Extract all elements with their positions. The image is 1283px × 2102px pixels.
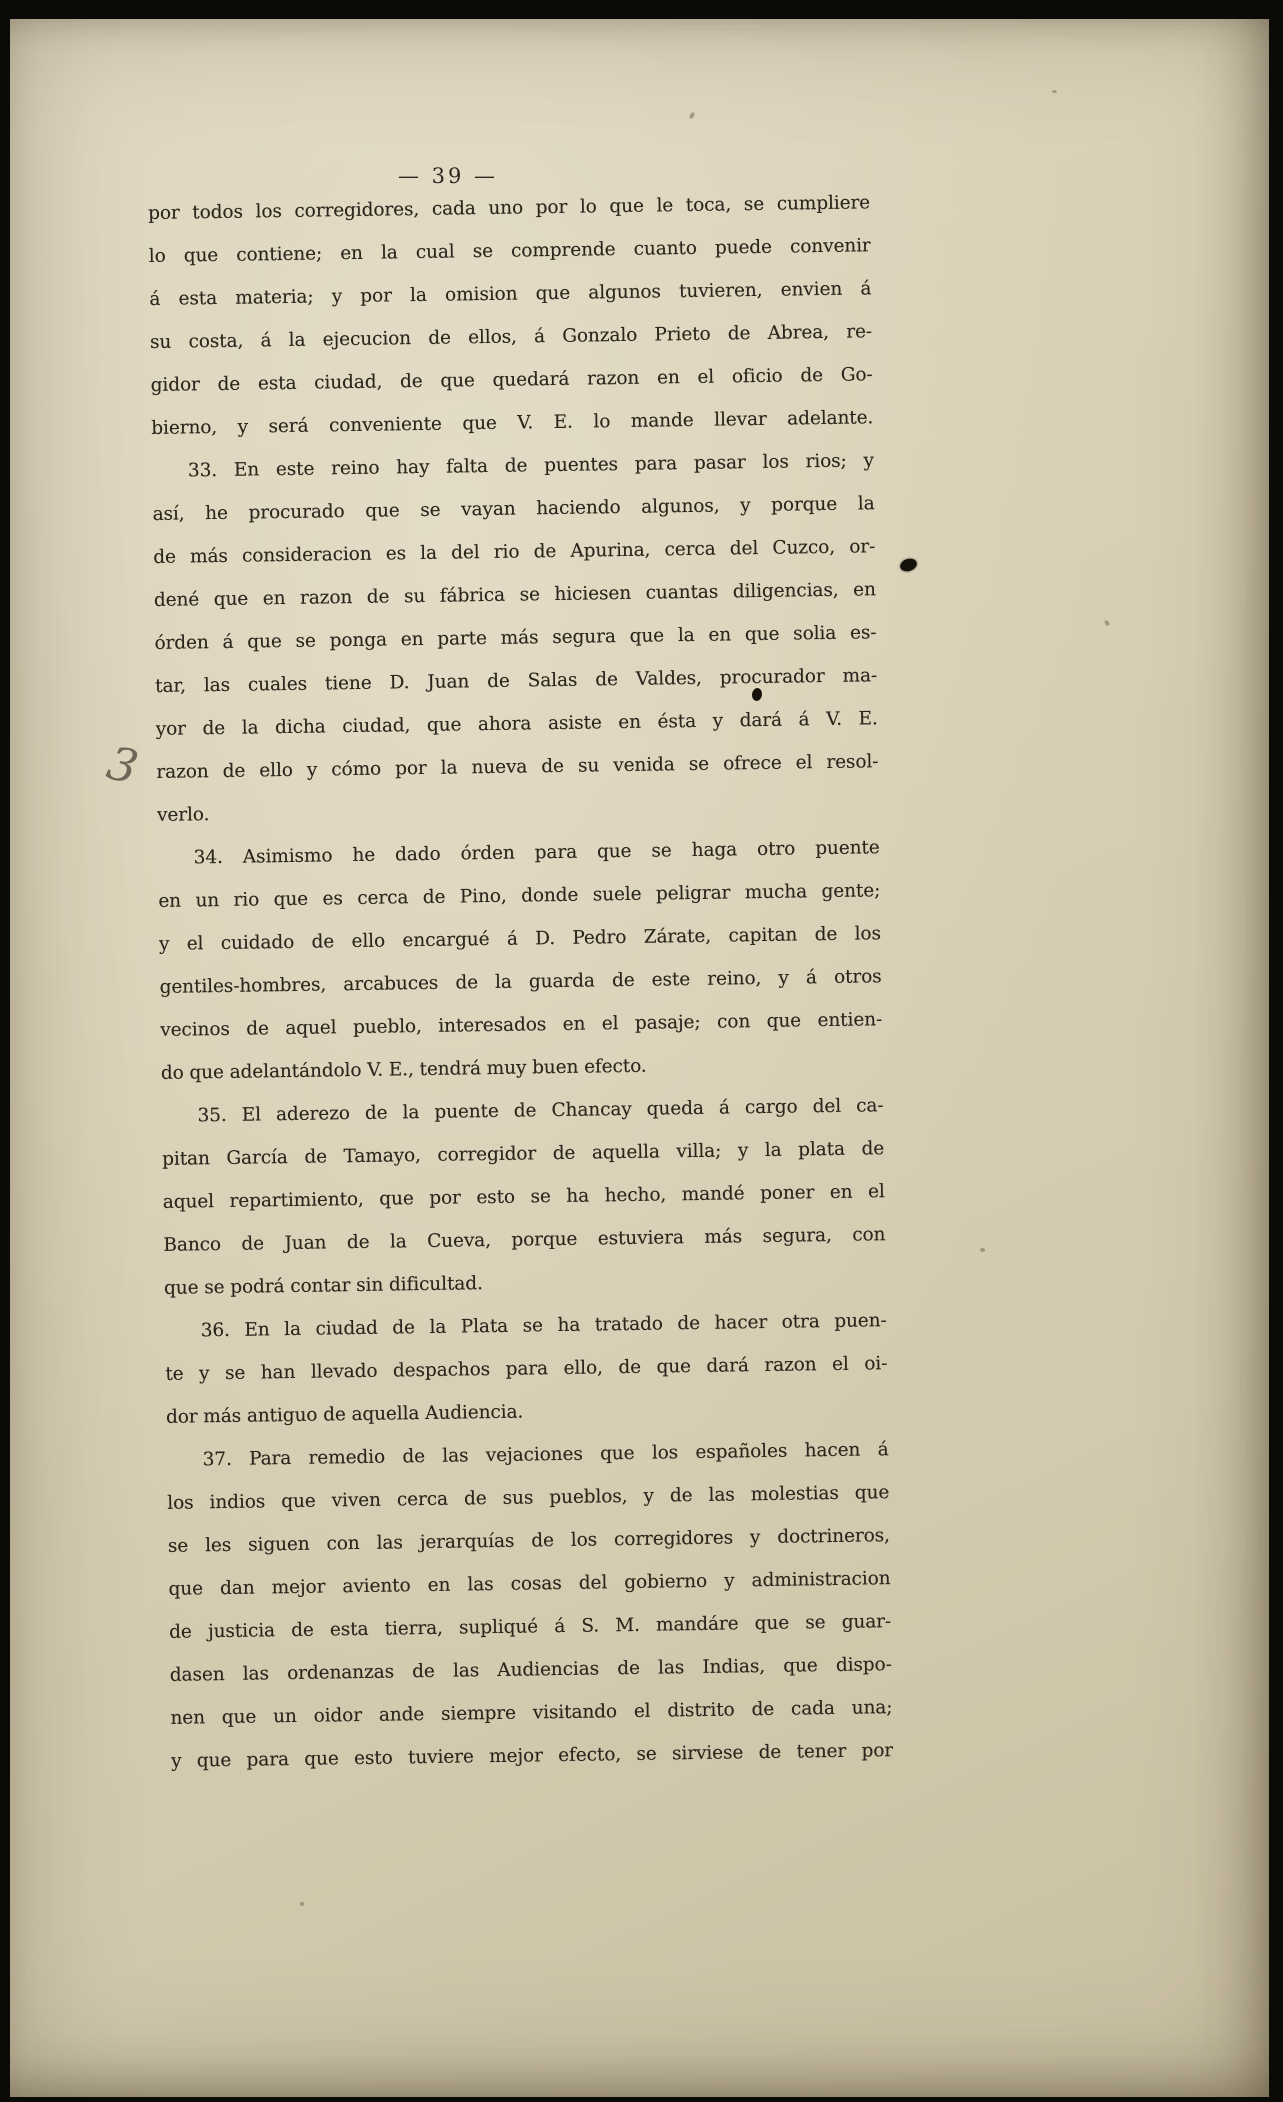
paper-fleck: [300, 1902, 304, 1906]
scanned-book-page: — 39 — por todos los corregidores, cada …: [0, 0, 1283, 2102]
paper-fleck: [980, 1248, 985, 1252]
text-block: por todos los corregidores, cada uno por…: [148, 192, 894, 1794]
scan-edge-top: [0, 0, 1283, 19]
scan-edge-right: [1269, 0, 1283, 2102]
handwritten-margin-mark: 3: [102, 735, 143, 794]
paper-fleck: [1052, 90, 1057, 93]
paper-fleck: [689, 111, 696, 119]
ink-spot-right-margin: [899, 557, 919, 574]
page-number: — 39 —: [318, 164, 578, 188]
scan-edge-left: [0, 0, 10, 2102]
scan-edge-bottom: [0, 2097, 1283, 2102]
paper-fleck: [1104, 619, 1111, 626]
